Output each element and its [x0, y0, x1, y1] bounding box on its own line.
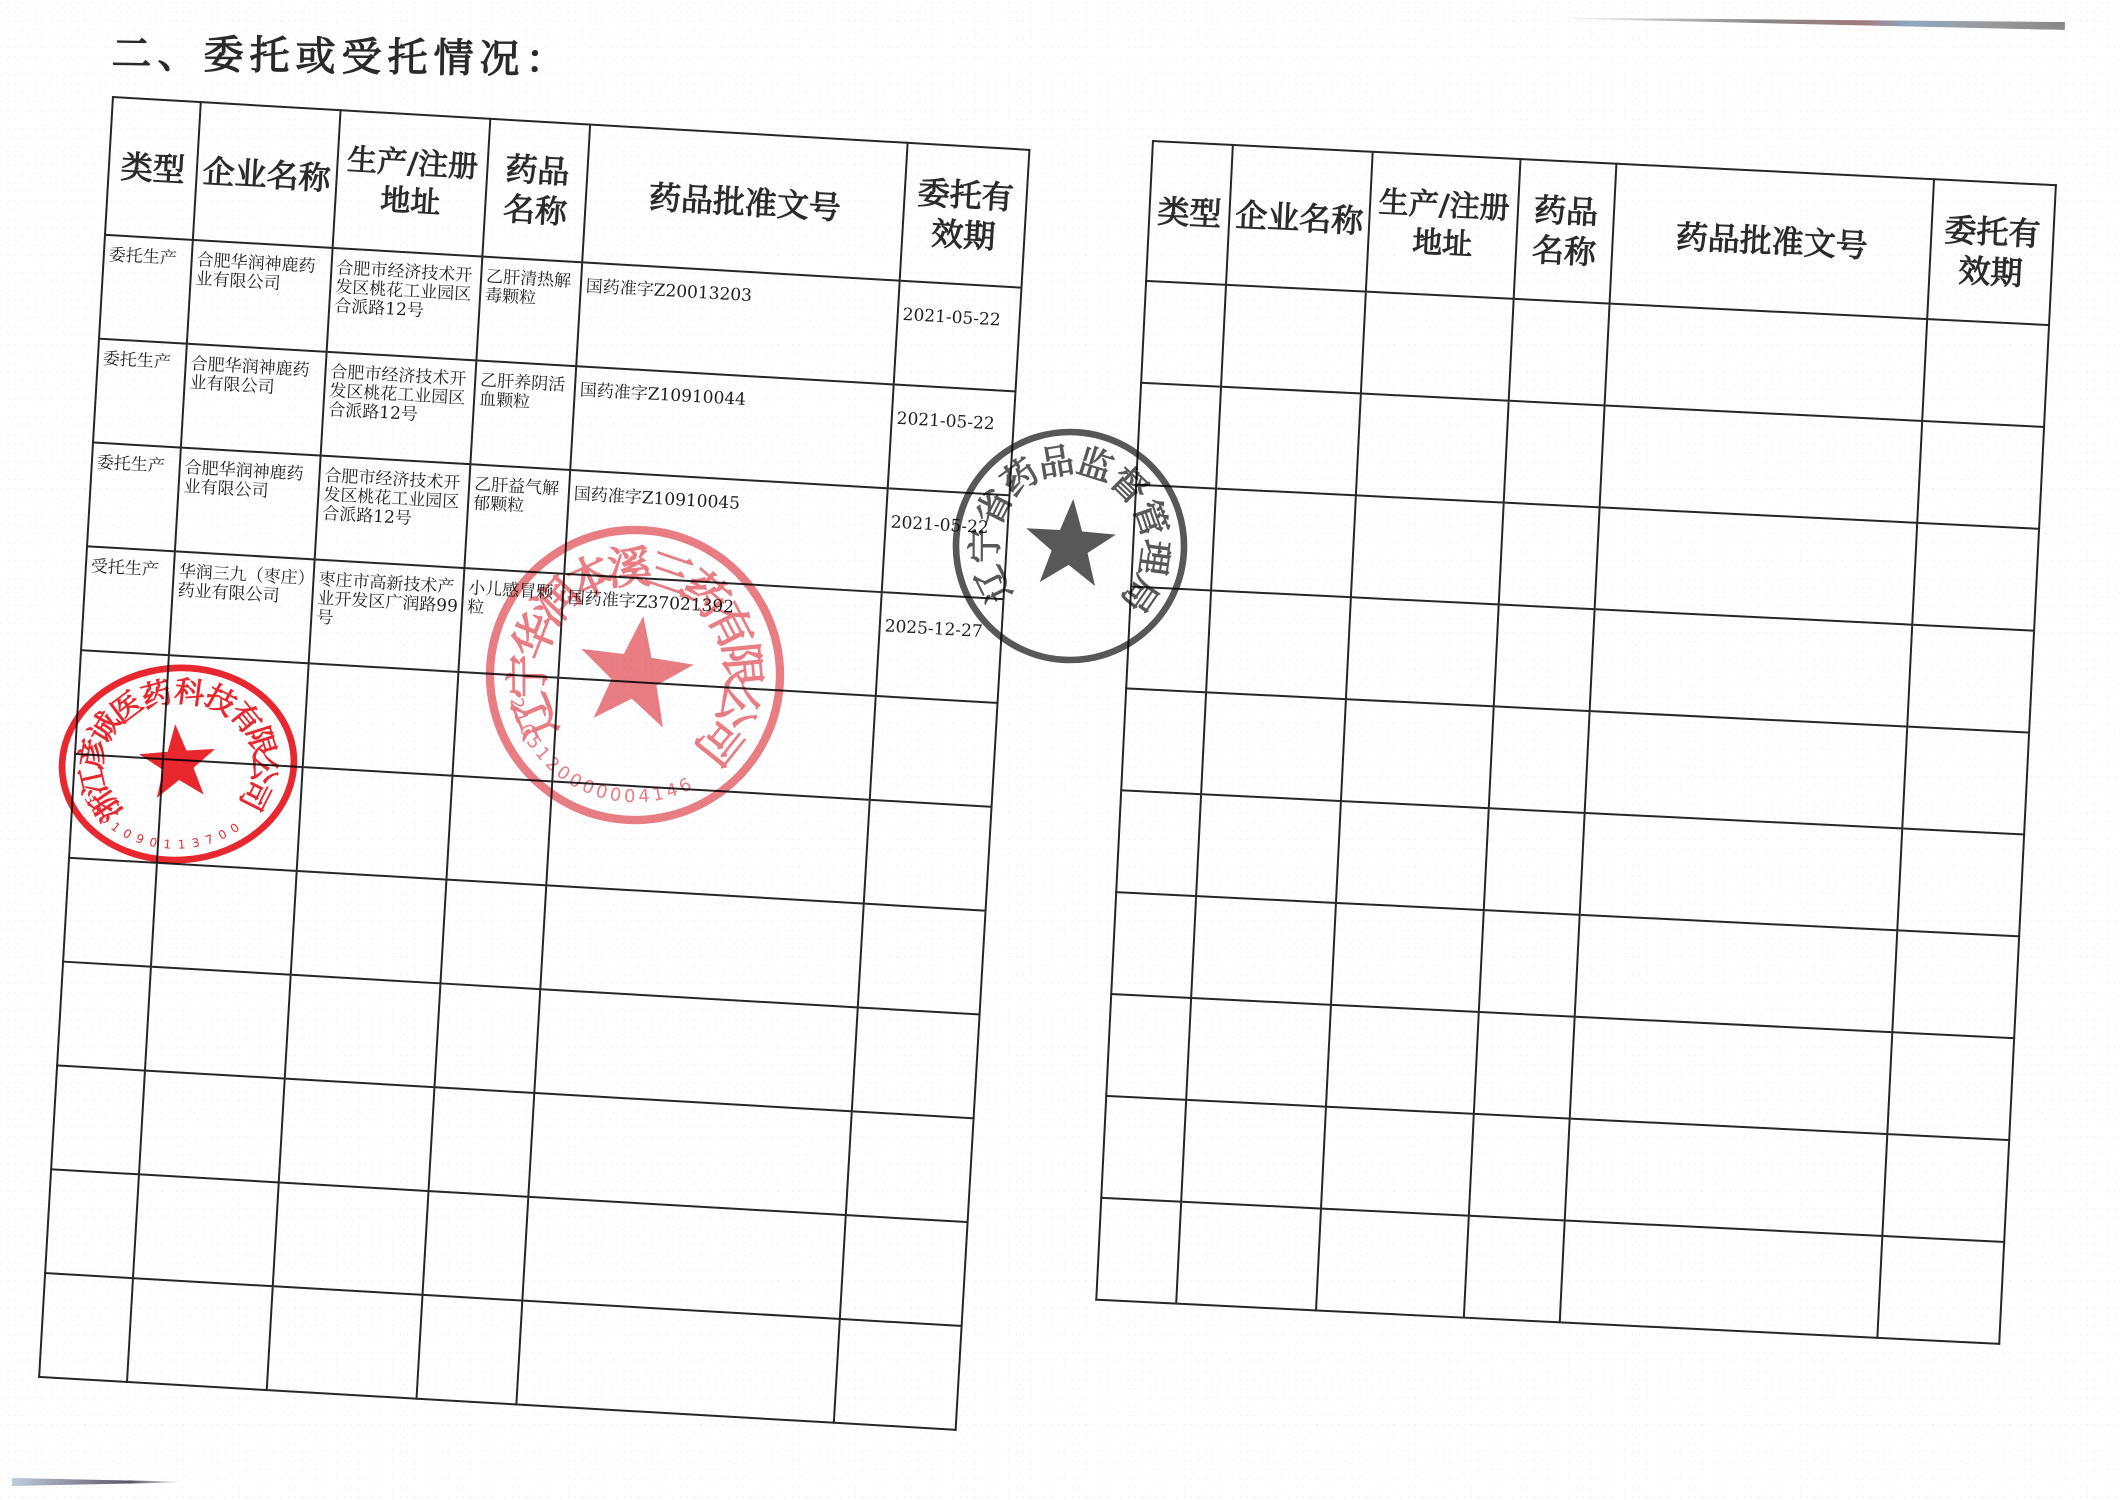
header-type: 类型: [1146, 141, 1233, 285]
cell-approval-no: [1575, 915, 1898, 1032]
header-approval-no: 药品批准文号: [582, 125, 907, 281]
cell-address: 合肥市经济技术开发区桃花工业园区合派路12号: [327, 248, 483, 360]
cell-drug-name: [1464, 1216, 1565, 1323]
cell-validity: [1902, 727, 2029, 835]
cell-address: [1361, 292, 1514, 401]
cell-company: [1191, 896, 1336, 1005]
header-company: 企业名称: [1226, 145, 1373, 292]
cell-drug-name: [1504, 401, 1605, 508]
cell-drug-name-text: 乙肝益气解郁颗粒: [469, 465, 570, 519]
cell-type: [1126, 587, 1211, 693]
cell-approval-no: [1590, 609, 1913, 726]
header-address: 生产/注册地址: [333, 110, 491, 256]
cell-approval-no: [534, 989, 857, 1111]
cell-validity: [1922, 319, 2049, 427]
cell-approval-no: [1560, 1220, 1883, 1337]
cell-validity: [870, 696, 998, 807]
cell-company: [1201, 692, 1346, 801]
cell-validity: [1912, 523, 2039, 631]
cell-validity: [1907, 625, 2034, 733]
cell-address: 枣庄市高新技术产业开发区广润路99号: [309, 559, 465, 671]
cell-type-text: 委托生产: [98, 340, 186, 374]
cell-company-text: 合肥华润神鹿药业有限公司: [185, 345, 326, 401]
cell-drug-name: [1484, 808, 1585, 915]
scan-streak: [12, 1478, 182, 1486]
cell-validity: 2025-12-27: [876, 592, 1004, 703]
cell-validity: [840, 1215, 968, 1326]
cell-validity: [1917, 421, 2044, 529]
cell-address-text: 枣庄市高新技术产业开发区广润路99号: [312, 560, 464, 635]
entrustment-table-right: 类型 企业名称 生产/注册地址 药品名称 药品批准文号 委托有效期: [1095, 140, 2057, 1345]
cell-company: [157, 759, 303, 871]
cell-address: [1351, 495, 1504, 604]
cell-approval-no: [1605, 304, 1928, 421]
cell-validity: 2021-05-22: [888, 384, 1016, 495]
cell-type: [1111, 892, 1196, 998]
svg-text:品: 品: [1035, 440, 1077, 486]
cell-company: [1221, 285, 1366, 394]
cell-approval-no: [546, 781, 869, 903]
cell-type: [1101, 1096, 1186, 1202]
cell-validity: [1897, 828, 2024, 936]
cell-drug-name: [1494, 604, 1595, 711]
cell-company: [1206, 590, 1351, 699]
cell-address: [1336, 801, 1489, 910]
cell-address: [1346, 597, 1499, 706]
header-address: 生产/注册地址: [1366, 152, 1521, 299]
cell-type: [1116, 790, 1201, 896]
header-type: 类型: [105, 97, 201, 240]
header-validity: 委托有效期: [900, 143, 1030, 288]
cell-approval-no: 国药准字Z20013203: [576, 262, 899, 384]
cell-type: [51, 1065, 145, 1174]
cell-drug-name: 乙肝养阴活血颗粒: [470, 360, 576, 470]
cell-approval-no: [516, 1301, 839, 1423]
cell-approval-no: 国药准字Z37021392: [558, 574, 881, 696]
cell-validity: [846, 1111, 974, 1222]
cell-company: [133, 1174, 279, 1286]
cell-type: 委托生产: [93, 339, 187, 448]
cell-type: [63, 858, 157, 967]
cell-drug-name: [428, 1087, 534, 1197]
cell-type: [1096, 1198, 1181, 1304]
cell-type: [57, 962, 151, 1071]
cell-validity: [864, 800, 992, 911]
cell-type: 委托生产: [87, 442, 181, 551]
cell-company: [1181, 1100, 1326, 1209]
cell-type-text: 委托生产: [104, 236, 192, 270]
cell-company: [1176, 1202, 1321, 1311]
cell-approval-no: [540, 885, 863, 1007]
cell-type: 委托生产: [99, 235, 193, 344]
cell-type: [1136, 383, 1221, 489]
cell-drug-name-text: 小儿感冒颗粒: [463, 569, 564, 623]
cell-drug-name: [452, 672, 558, 782]
cell-company-text: 合肥华润神鹿药业有限公司: [191, 241, 332, 297]
cell-approval-no: 国药准字Z10910044: [570, 366, 893, 488]
cell-address: [1316, 1209, 1469, 1318]
cell-approval-no: [1565, 1119, 1888, 1236]
cell-company-text: 合肥华润神鹿药业有限公司: [179, 449, 320, 505]
cell-validity: 2021-05-22: [882, 488, 1010, 599]
cell-validity-text: 2021-05-22: [892, 386, 1014, 436]
cell-validity-text: 2021-05-22: [898, 282, 1020, 332]
cell-address: [291, 871, 447, 983]
cell-type-text: 受托生产: [86, 547, 174, 581]
cell-drug-name: [1474, 1012, 1575, 1119]
cell-drug-name: 小儿感冒颗粒: [458, 568, 564, 678]
cell-address: 合肥市经济技术开发区桃花工业园区合派路12号: [315, 456, 471, 568]
header-drug-name: 药品名称: [1514, 159, 1617, 304]
cell-drug-name: [1509, 299, 1610, 406]
cell-company: [145, 967, 291, 1079]
cell-drug-name: [423, 1191, 529, 1301]
cell-company: [139, 1071, 285, 1183]
cell-address: [273, 1182, 429, 1294]
cell-type: 受托生产: [81, 546, 175, 655]
cell-approval-no: [552, 678, 875, 800]
cell-type: [69, 754, 163, 863]
cell-company-text: 华润三九（枣庄）药业有限公司: [173, 552, 314, 608]
cell-drug-name: 乙肝益气解郁颗粒: [464, 464, 570, 574]
cell-type: [1131, 485, 1216, 591]
section-title: 二、委托或受托情况：: [111, 22, 572, 85]
cell-company: [1196, 794, 1341, 903]
header-drug-name: 药品名称: [482, 119, 590, 263]
svg-text:监: 监: [1072, 441, 1118, 491]
cell-type: [39, 1273, 133, 1382]
cell-company: [163, 655, 309, 767]
cell-approval-no: [1600, 405, 1923, 522]
cell-approval-no: 国药准字Z10910045: [564, 470, 887, 592]
cell-validity-text: 2025-12-27: [880, 593, 1002, 643]
cell-address: [1341, 699, 1494, 808]
cell-approval-no: [528, 1093, 851, 1215]
cell-type-text: 委托生产: [92, 444, 180, 478]
cell-address: [1356, 394, 1509, 503]
cell-drug-name: [1489, 706, 1590, 813]
cell-company: [1216, 387, 1361, 496]
cell-validity: [1887, 1032, 2014, 1140]
cell-drug-name: [1469, 1114, 1570, 1221]
cell-validity: [1892, 930, 2019, 1038]
cell-company: 合肥华润神鹿药业有限公司: [175, 448, 321, 560]
cell-company: 合肥华润神鹿药业有限公司: [187, 240, 333, 352]
cell-approval-no: [1580, 813, 1903, 930]
cell-drug-name: [1479, 910, 1580, 1017]
cell-approval-no: [1585, 711, 1908, 828]
cell-validity: 2021-05-22: [894, 281, 1022, 392]
cell-drug-name: [446, 776, 552, 886]
cell-validity: [852, 1007, 980, 1118]
cell-validity: [1882, 1134, 2009, 1242]
scan-streak: [1555, 14, 2065, 30]
cell-address-text: 合肥市经济技术开发区桃花工业园区合派路12号: [330, 249, 482, 324]
cell-validity-text: 2021-05-22: [886, 489, 1008, 539]
cell-validity: [1877, 1236, 2004, 1344]
header-approval-no: 药品批准文号: [1610, 164, 1934, 319]
cell-company: [1211, 489, 1356, 598]
cell-address: [1331, 903, 1484, 1012]
cell-address: [297, 767, 453, 879]
cell-address: [303, 663, 459, 775]
cell-drug-name: [440, 880, 546, 990]
cell-company: [127, 1278, 273, 1390]
cell-approval-no: [1570, 1017, 1893, 1134]
cell-type: [45, 1169, 139, 1278]
cell-drug-name: [434, 983, 540, 1093]
cell-approval-no: [522, 1197, 845, 1319]
cell-address: 合肥市经济技术开发区桃花工业园区合派路12号: [321, 352, 477, 464]
cell-company: [1186, 998, 1331, 1107]
cell-company: [151, 863, 297, 975]
cell-validity: [834, 1319, 962, 1430]
cell-type: [1121, 688, 1206, 794]
cell-type: [75, 650, 169, 759]
cell-company: 华润三九（枣庄）药业有限公司: [169, 551, 315, 663]
cell-type: [1141, 281, 1226, 387]
cell-validity: [858, 904, 986, 1015]
cell-address: [267, 1286, 423, 1398]
cell-drug-name: [1499, 503, 1600, 610]
cell-approval-no: [1595, 507, 1918, 624]
header-company: 企业名称: [193, 102, 341, 248]
cell-drug-name-text: 乙肝清热解毒颗粒: [481, 258, 582, 312]
cell-address-text: 合肥市经济技术开发区桃花工业园区合派路12号: [324, 353, 476, 428]
cell-address: [279, 1079, 435, 1191]
header-validity: 委托有效期: [1927, 179, 2056, 325]
entrustment-table-left: 类型 企业名称 生产/注册地址 药品名称 药品批准文号 委托有效期 委托生产合肥…: [38, 96, 1030, 1431]
cell-address: [285, 975, 441, 1087]
cell-drug-name: 乙肝清热解毒颗粒: [476, 257, 582, 367]
cell-drug-name: [417, 1295, 523, 1405]
cell-address: [1321, 1107, 1474, 1216]
cell-drug-name-text: 乙肝养阴活血颗粒: [475, 361, 576, 415]
cell-address-text: 合肥市经济技术开发区桃花工业园区合派路12号: [318, 457, 470, 532]
cell-company: 合肥华润神鹿药业有限公司: [181, 344, 327, 456]
cell-address: [1326, 1005, 1479, 1114]
cell-type: [1106, 994, 1191, 1100]
